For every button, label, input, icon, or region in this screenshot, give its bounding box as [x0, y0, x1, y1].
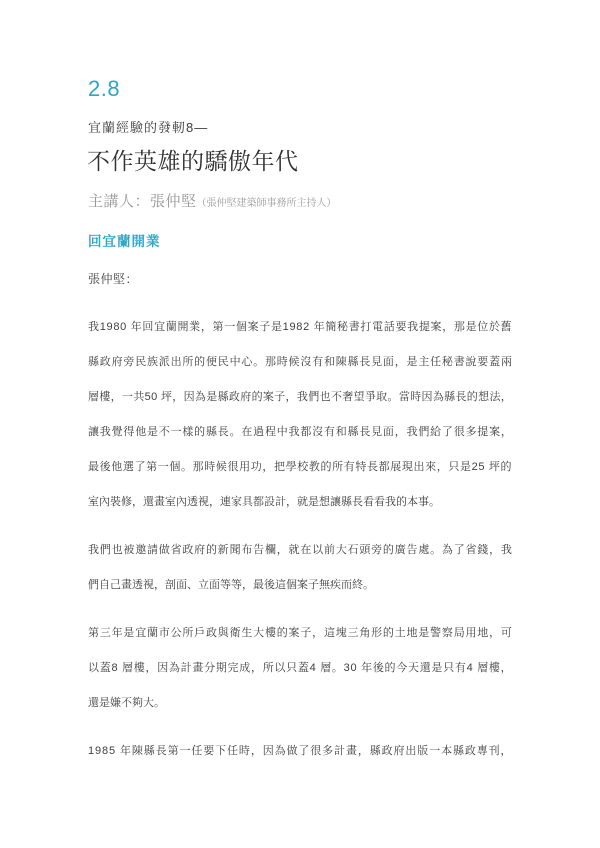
paragraph: 第三年是宜蘭市公所戶政與衛生大樓的案子，這塊三角形的土地是警察局用地，可 以蓋8… — [88, 616, 512, 721]
text-line: 們自己畫透視，剖面、立面等等，最後這個案子無疾而終。 — [88, 568, 512, 603]
section-number: 2.8 — [88, 76, 120, 102]
text-line: 我們也被邀請做省政府的新聞布告欄，就在以前大石頭旁的廣告處。為了省錢，我 — [88, 533, 512, 568]
text-line: 室內裝修，還畫室內透視，連家具都設計，就是想讓縣長看看我的本事。 — [88, 485, 512, 520]
transcript-body: 我1980 年回宜蘭開業，第一個案子是1982 年簡秘書打電話要我提案，那是位於… — [88, 310, 512, 782]
section-heading: 回宜蘭開業 — [88, 230, 161, 250]
text-line: 還是嫌不夠大。 — [88, 686, 512, 721]
text-line: 以蓋8 層樓，因為計畫分期完成，所以只蓋4 層。30 年後的今天還是只有4 層樓… — [88, 651, 512, 686]
paragraph: 我們也被邀請做省政府的新聞布告欄，就在以前大石頭旁的廣告處。為了省錢，我 們自己… — [88, 533, 512, 603]
text-line: 1985 年陳縣長第一任要下任時，因為做了很多計畫，縣政府出版一本縣政專刊， — [88, 734, 512, 769]
speaker-note: （張仲堅建築師事務所主持人） — [197, 198, 337, 209]
paragraph: 我1980 年回宜蘭開業，第一個案子是1982 年簡秘書打電話要我提案，那是位於… — [88, 310, 512, 520]
document-page: 2.8 宜蘭經驗的發軔8— 不作英雄的驕傲年代 主講人：張仲堅（張仲堅建築師事務… — [0, 0, 600, 848]
speaker-prefix: 主講人：張仲堅 — [88, 194, 197, 210]
paragraph: 1985 年陳縣長第一任要下任時，因為做了很多計畫，縣政府出版一本縣政專刊， — [88, 734, 512, 769]
transcript-speaker: 張仲堅： — [88, 262, 138, 297]
text-line: 層樓，一共50 坪，因為是縣政府的案子，我們也不奢望爭取。當時因為縣長的想法， — [88, 380, 512, 415]
text-line: 第三年是宜蘭市公所戶政與衛生大樓的案子，這塊三角形的土地是警察局用地，可 — [88, 616, 512, 651]
page-title: 不作英雄的驕傲年代 — [87, 143, 299, 176]
text-line: 縣政府旁民族派出所的便民中心。那時候沒有和陳縣長見面，是主任秘書說要蓋兩 — [88, 345, 512, 380]
text-line: 最後他選了第一個。那時候很用功，把學校教的所有特長都展現出來，只是25 坪的 — [88, 450, 512, 485]
speaker-line: 主講人：張仲堅（張仲堅建築師事務所主持人） — [88, 190, 337, 211]
text-line: 我1980 年回宜蘭開業，第一個案子是1982 年簡秘書打電話要我提案，那是位於… — [88, 310, 512, 345]
text-line: 讓我覺得他是不一樣的縣長。在過程中我都沒有和縣長見面，我們給了很多提案， — [88, 415, 512, 450]
series-subtitle: 宜蘭經驗的發軔8— — [88, 117, 208, 136]
